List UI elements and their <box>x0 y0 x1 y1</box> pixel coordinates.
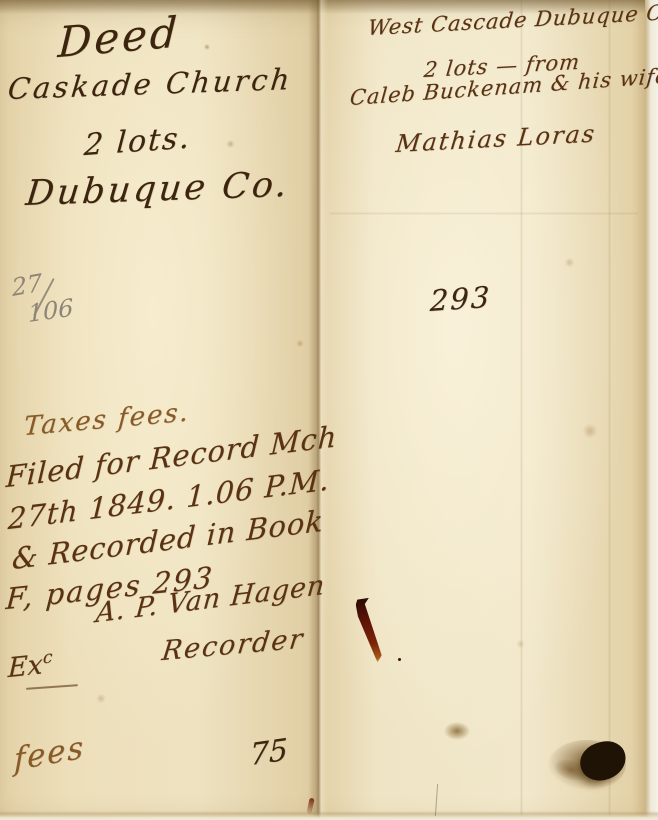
paper-bottom-edge <box>0 811 658 820</box>
red-ink-streak-dot <box>398 658 401 661</box>
vertical-crease <box>608 0 611 820</box>
docket-number-numerator: 27 <box>11 269 43 302</box>
horizontal-crease <box>330 212 638 215</box>
foxing-spot <box>226 140 235 148</box>
foxing-spot <box>96 694 106 703</box>
foxing-spot <box>516 640 525 648</box>
foxing-spot <box>582 424 598 438</box>
center-fold-crease <box>308 0 328 820</box>
fees-amount: 75 <box>250 733 288 774</box>
foxing-spot <box>204 44 210 50</box>
exc-superscript: c <box>43 647 53 668</box>
exc-notation: Exc <box>7 647 52 684</box>
exc-base: Ex <box>7 649 43 684</box>
document-scan: Deed Caskade Church 2 lots. Dubuque Co. … <box>0 0 658 820</box>
record-page-number: 293 <box>429 280 491 318</box>
foxing-spot <box>564 258 575 267</box>
foxing-spot <box>296 340 304 347</box>
small-stain <box>444 722 470 740</box>
torn-right-edge <box>645 0 658 820</box>
